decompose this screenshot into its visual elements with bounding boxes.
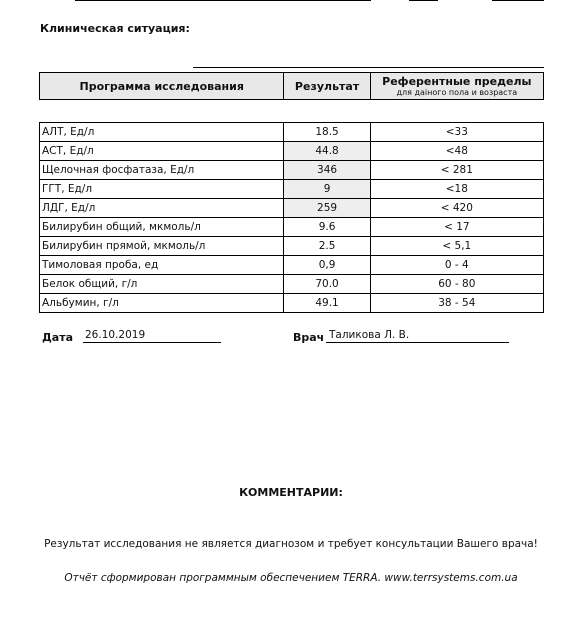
clinical-situation-line xyxy=(193,67,544,68)
result-cell: 346 xyxy=(284,161,370,180)
result-cell: 259 xyxy=(284,199,370,218)
comments-heading: КОММЕНТАРИИ: xyxy=(0,486,582,499)
test-name-cell: ГГТ, Ед/л xyxy=(40,180,284,199)
header-result: Результат xyxy=(284,73,370,100)
doctor-line xyxy=(326,342,509,343)
clinical-situation-label: Клиническая ситуация: xyxy=(40,22,190,35)
table-row: АСТ, Ед/л44.8<48 xyxy=(40,142,544,161)
table-row: Щелочная фосфатаза, Ед/л346< 281 xyxy=(40,161,544,180)
header-program: Программа исследования xyxy=(40,73,284,100)
reference-cell: <48 xyxy=(370,142,543,161)
doctor-label: Врач xyxy=(293,331,324,344)
reference-cell: < 17 xyxy=(370,218,543,237)
result-cell: 44.8 xyxy=(284,142,370,161)
test-name-cell: Билирубин общий, мкмоль/л xyxy=(40,218,284,237)
table-row: Тимоловая проба, ед0,90 - 4 xyxy=(40,256,544,275)
test-name-cell: Тимоловая проба, ед xyxy=(40,256,284,275)
footer-text: Отчёт сформирован программным обеспечени… xyxy=(0,572,582,584)
reference-cell: 60 - 80 xyxy=(370,275,543,294)
top-rule-1 xyxy=(75,0,371,1)
reference-cell: < 5,1 xyxy=(370,237,543,256)
disclaimer-text: Результат исследования не является диагн… xyxy=(0,538,582,550)
result-cell: 9 xyxy=(284,180,370,199)
reference-cell: <33 xyxy=(370,123,543,142)
result-cell: 0,9 xyxy=(284,256,370,275)
test-name-cell: Белок общий, г/л xyxy=(40,275,284,294)
table-row: Альбумин, г/л49.138 - 54 xyxy=(40,294,544,313)
header-reference: Референтные пределы для даiного пола и в… xyxy=(370,73,543,100)
results-table-header: Программа исследования Результат Референ… xyxy=(39,72,544,100)
doctor-value: Таликова Л. В. xyxy=(329,329,409,341)
result-cell: 70.0 xyxy=(284,275,370,294)
result-cell: 9.6 xyxy=(284,218,370,237)
table-row: АЛТ, Ед/л18.5<33 xyxy=(40,123,544,142)
result-cell: 49.1 xyxy=(284,294,370,313)
test-name-cell: АСТ, Ед/л xyxy=(40,142,284,161)
table-row: ЛДГ, Ед/л259< 420 xyxy=(40,199,544,218)
table-row: Билирубин общий, мкмоль/л9.6< 17 xyxy=(40,218,544,237)
reference-cell: 38 - 54 xyxy=(370,294,543,313)
header-reference-title: Референтные пределы xyxy=(371,75,543,88)
table-row: ГГТ, Ед/л9<18 xyxy=(40,180,544,199)
result-cell: 2.5 xyxy=(284,237,370,256)
test-name-cell: Билирубин прямой, мкмоль/л xyxy=(40,237,284,256)
table-row: Белок общий, г/л70.060 - 80 xyxy=(40,275,544,294)
reference-cell: < 281 xyxy=(370,161,543,180)
result-cell: 18.5 xyxy=(284,123,370,142)
header-reference-subtitle: для даiного пола и возраста xyxy=(371,88,543,97)
test-name-cell: Щелочная фосфатаза, Ед/л xyxy=(40,161,284,180)
reference-cell: 0 - 4 xyxy=(370,256,543,275)
top-rule-2 xyxy=(409,0,438,1)
test-name-cell: ЛДГ, Ед/л xyxy=(40,199,284,218)
reference-cell: < 420 xyxy=(370,199,543,218)
test-name-cell: Альбумин, г/л xyxy=(40,294,284,313)
results-table: АЛТ, Ед/л18.5<33АСТ, Ед/л44.8<48Щелочная… xyxy=(39,122,544,313)
table-row: Билирубин прямой, мкмоль/л2.5< 5,1 xyxy=(40,237,544,256)
reference-cell: <18 xyxy=(370,180,543,199)
top-rule-3 xyxy=(492,0,544,1)
date-line xyxy=(83,342,221,343)
test-name-cell: АЛТ, Ед/л xyxy=(40,123,284,142)
date-label: Дата xyxy=(42,331,73,344)
date-value: 26.10.2019 xyxy=(85,329,145,341)
